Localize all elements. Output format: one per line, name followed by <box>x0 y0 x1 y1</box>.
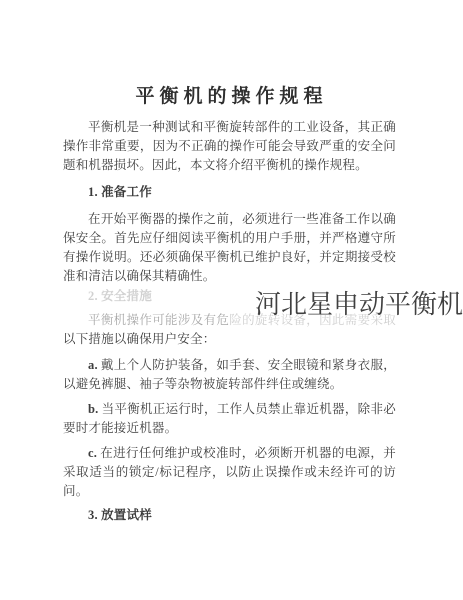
list-marker-c: c. <box>88 446 97 460</box>
document-page: 平衡机的操作规程 平衡机是一种测试和平衡旋转部件的工业设备，其正确操作非常重要，… <box>0 0 463 600</box>
section-1-heading: 1. 准备工作 <box>63 183 396 202</box>
list-text-c: 在进行任何维护或校准时，必须断开机器的电源，并采取适当的锁定/标记程序，以防止误… <box>63 446 396 498</box>
list-marker-a: a. <box>88 358 98 372</box>
list-marker-b: b. <box>88 402 98 416</box>
safety-list-item-a: a.戴上个人防护装备，如手套、安全眼镜和紧身衣服，以避免裤腿、袖子等杂物被旋转部… <box>63 356 396 394</box>
intro-paragraph: 平衡机是一种测试和平衡旋转部件的工业设备，其正确操作非常重要，因为不正确的操作可… <box>63 118 396 175</box>
section-3-heading: 3. 放置试样 <box>63 506 396 525</box>
page-title: 平衡机的操作规程 <box>0 81 463 108</box>
section-1-paragraph: 在开始平衡器的操作之前，必须进行一些准备工作以确保安全。首先应仔细阅读平衡机的用… <box>63 210 396 286</box>
safety-list-item-c: c.在进行任何维护或校准时，必须断开机器的电源，并采取适当的锁定/标记程序，以防… <box>63 444 396 501</box>
watermark-text: 河北星申动平衡机 <box>255 290 463 318</box>
list-text-b: 当平衡机正运行时，工作人员禁止靠近机器，除非必要时才能接近机器。 <box>63 402 396 435</box>
safety-list-item-b: b.当平衡机正运行时，工作人员禁止靠近机器，除非必要时才能接近机器。 <box>63 400 396 438</box>
list-text-a: 戴上个人防护装备，如手套、安全眼镜和紧身衣服，以避免裤腿、袖子等杂物被旋转部件绊… <box>63 358 396 391</box>
